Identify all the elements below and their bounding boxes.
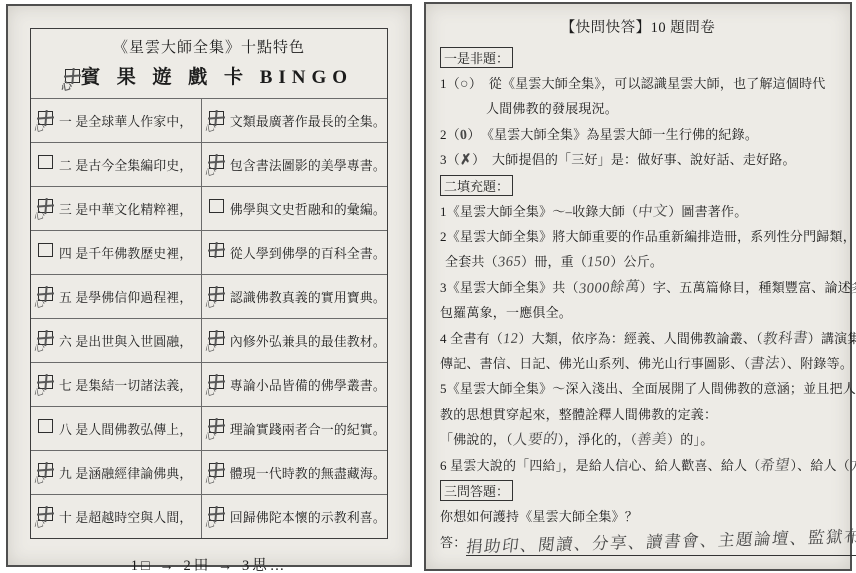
bingo-cell-text: 從人學到佛學的百科全書。 <box>230 243 386 262</box>
bingo-cell: 心五 是學佛信仰過程裡， <box>31 275 202 318</box>
bingo-cell-text: 十 是超越時空與人間， <box>59 507 192 526</box>
printed-text: ） <box>467 127 487 142</box>
answer-label: 答： <box>440 535 466 550</box>
checkbox-mark: 心 <box>209 287 225 300</box>
checkbox-mark: 心 <box>38 243 54 256</box>
printed-text: ），淨化的，（ <box>558 432 637 447</box>
quiz-page: 【快問快答】10 題問卷 一是非題： 1（○） 從《星雲大師全集》，可以認識星雲… <box>424 2 852 571</box>
bingo-cell: 心內修外弘兼具的最佳教材。 <box>202 319 387 362</box>
fill-question-6: 6 星雲大說的「四給」，是給人信心、給人歡喜、給人（希望）、給人（方便）。 <box>440 453 836 478</box>
bingo-cell: 心文類最廣著作最長的全集。 <box>202 99 387 142</box>
bingo-subtitle: 心賓 果 遊 戲 卡 BINGO <box>31 57 387 98</box>
bingo-cell-text: 三 是中華文化精粹裡， <box>59 199 192 218</box>
checkbox-mark: 心 <box>38 375 54 388</box>
handwritten-answer: 方便 <box>849 458 856 474</box>
handwritten-answer: 150 <box>586 255 611 270</box>
heart-handwriting: 心 <box>33 298 45 312</box>
checkbox-mark: 心 <box>209 243 225 256</box>
printed-text: 4 全書有（ <box>440 331 503 346</box>
bingo-row-1: 心一 是全球華人作家中， 心文類最廣著作最長的全集。 <box>31 98 387 142</box>
bingo-cell: 心六 是出世與入世圓融， <box>31 319 202 362</box>
printed-text: 3（ <box>440 152 460 167</box>
checkbox-icon <box>209 243 224 257</box>
handwritten-answer: 書法 <box>749 357 781 373</box>
checkbox-mark: 心 <box>38 287 54 300</box>
section-fill-blank: 二填充題： <box>440 175 513 196</box>
checkbox-icon <box>38 243 53 257</box>
heart-handwriting: 心 <box>33 210 45 224</box>
bingo-row-6: 心六 是出世與入世圓融， 心內修外弘兼具的最佳教材。 <box>31 318 387 362</box>
bingo-header: 《星雲大師全集》十點特色 心賓 果 遊 戲 卡 BINGO <box>31 29 387 98</box>
heart-handwriting: 心 <box>33 342 45 356</box>
printed-text: ） <box>472 152 492 167</box>
handwritten-answer: 3000餘萬 <box>578 280 641 297</box>
bingo-row-3: 心三 是中華文化精粹裡， 心佛學與文史哲融和的彙編。 <box>31 186 387 230</box>
checkbox-mark: 心 <box>38 419 54 432</box>
printed-text: ）、給人（ <box>790 458 850 473</box>
heart-handwriting: 心 <box>204 430 216 444</box>
printed-text: ）講演集、文叢、 <box>808 331 856 346</box>
checkbox-mark: 心 <box>38 111 54 124</box>
heart-handwriting: 心 <box>204 518 216 532</box>
section-true-false: 一是非題： <box>440 47 513 68</box>
bingo-cell: 心八 是人間佛教弘傳上， <box>31 407 202 450</box>
handwritten-answer: 希望 <box>760 458 792 474</box>
printed-text: 3《星雲大師全集》共（ <box>440 280 579 295</box>
fill-question-1: 1《星雲大師全集》～–收錄大師（中文）圖書著作。 <box>440 199 836 224</box>
printed-text: ）字、五萬篇條目，種類豐富、論述多元，可謂 <box>640 280 856 295</box>
bingo-cell: 心回歸佛陀本懷的示教利喜。 <box>202 495 387 538</box>
printed-text: 從《星雲大師全集》，可以認識星雲大師，也了解這個時代 <box>489 76 826 91</box>
bingo-card-page: 《星雲大師全集》十點特色 心賓 果 遊 戲 卡 BINGO 心一 是全球華人作家… <box>6 4 412 567</box>
heart-handwriting: 心 <box>33 474 45 488</box>
heart-handwriting: 心 <box>33 122 45 136</box>
bingo-cell: 心一 是全球華人作家中， <box>31 99 202 142</box>
handwritten-answer-mark: ✗ <box>459 154 472 169</box>
bingo-cell: 心認識佛教真義的實用寶典。 <box>202 275 387 318</box>
printed-text: 5《星雲大師全集》～深入淺出、全面展開了人間佛教的意涵；並且把人間佛 <box>440 381 856 396</box>
handwritten-answer: 善美 <box>636 433 668 449</box>
fill-question-5: 5《星雲大師全集》～深入淺出、全面展開了人間佛教的意涵；並且把人間佛 <box>440 376 836 401</box>
bingo-row-2: 心二 是古今全集編印史， 心包含書法圖影的美學專書。 <box>31 142 387 186</box>
checkbox-mark: 心 <box>209 199 225 212</box>
checkbox-icon <box>38 155 53 169</box>
bingo-cell-text: 理論實踐兩者合一的紀實。 <box>230 419 386 438</box>
fill-question-4-cont: 傳記、書信、日記、佛光山系列、佛光山行事圖影、（書法）、附錄等。 <box>440 351 836 376</box>
quiz-title: 【快問快答】10 題問卷 <box>440 16 836 37</box>
printed-text: ） <box>469 76 489 91</box>
bingo-cell: 心理論實踐兩者合一的紀實。 <box>202 407 387 450</box>
bingo-row-7: 心七 是集結一切諸法義， 心專論小品皆備的佛學叢書。 <box>31 362 387 406</box>
fill-question-3-cont: 包羅萬象，一應俱全。 <box>440 300 836 325</box>
bingo-row-5: 心五 是學佛信仰過程裡， 心認識佛教真義的實用寶典。 <box>31 274 387 318</box>
bingo-cell-text: 二 是古今全集編印史， <box>59 155 192 174</box>
tf-question-1: 1（○） 從《星雲大師全集》，可以認識星雲大師，也了解這個時代 <box>440 71 836 96</box>
handwritten-answer-mark: ○ <box>459 78 469 93</box>
handwritten-answer-mark: 0 <box>459 129 467 143</box>
fill-question-2-cont: 全套共（365）冊，重（150）公斤。 <box>440 249 836 274</box>
checkbox-mark: 心 <box>38 155 54 168</box>
handwritten-long-answer: 捐助印、閱讀、分享、讀書會、主題論壇、監獄布教 <box>466 528 856 555</box>
heart-handwriting: 心 <box>204 166 216 180</box>
bingo-cell-text: 一 是全球華人作家中， <box>59 111 192 130</box>
bingo-cell-text: 佛學與文史哲融和的彙編。 <box>230 199 386 218</box>
bingo-cell-text: 專論小品皆備的佛學叢書。 <box>230 375 386 394</box>
checkbox-mark: 心 <box>209 463 225 476</box>
bingo-row-8: 心八 是人間佛教弘傳上， 心理論實踐兩者合一的紀實。 <box>31 406 387 450</box>
heart-handwriting: 心 <box>204 342 216 356</box>
bingo-cell: 心佛學與文史哲融和的彙編。 <box>202 187 387 230</box>
bingo-cell-text: 八 是人間佛教弘傳上， <box>59 419 192 438</box>
printed-text: 全套共（ <box>445 254 498 269</box>
printed-text: 你想如何護持《星雲大師全集》？ <box>440 509 638 524</box>
heart-handwriting: 心 <box>204 298 216 312</box>
printed-text: 《星雲大師全集》為星雲大師一生行佛的紀錄。 <box>487 127 758 142</box>
printed-text: 2《星雲大師全集》將大師重要的作品重新編排造冊，系列性分門歸類， <box>440 229 856 244</box>
printed-text: 傳記、書信、日記、佛光山系列、佛光山行事圖影、（ <box>440 356 750 371</box>
fill-question-2: 2《星雲大師全集》將大師重要的作品重新編排造冊，系列性分門歸類， <box>440 224 836 249</box>
fill-question-5-cont: 教的思想貫穿起來，整體詮釋人間佛教的定義： <box>440 402 836 427</box>
printed-text: ）大類，依序為：經義、人間佛教論叢、（ <box>518 331 762 346</box>
heart-handwriting: 心 <box>33 518 45 532</box>
bingo-cell-text: 六 是出世與入世圓融， <box>59 331 192 350</box>
handwritten-answer: 人要的 <box>512 432 559 448</box>
bingo-cell-text: 回歸佛陀本懷的示教利喜。 <box>230 507 386 526</box>
bingo-subtitle-text: 賓 果 遊 戲 卡 BINGO <box>81 67 353 88</box>
bingo-cell-text: 認識佛教真義的實用寶典。 <box>230 287 386 306</box>
handdrawn-checkbox-mark: 心 <box>65 69 81 82</box>
bingo-cell-text: 包含書法圖影的美學專書。 <box>230 155 386 174</box>
tf-question-3: 3（✗） 大師提倡的「三好」是：做好事、說好話、走好路。 <box>440 147 836 172</box>
fill-question-3: 3《星雲大師全集》共（3000餘萬）字、五萬篇條目，種類豐富、論述多元，可謂 <box>440 275 836 300</box>
printed-text: 1《星雲大師全集》～–收錄大師（ <box>440 204 638 219</box>
fill-question-4: 4 全書有（12）大類，依序為：經義、人間佛教論叢、（教科書）講演集、文叢、 <box>440 326 836 351</box>
tf-question-2: 2（0） 《星雲大師全集》為星雲大師一生行佛的紀錄。 <box>440 122 836 147</box>
checkbox-mark: 心 <box>209 507 225 520</box>
heart-handwriting: 心 <box>204 122 216 136</box>
answer-line: 答：捐助印、閱讀、分享、讀書會、主題論壇、監獄布教 <box>440 530 836 556</box>
printed-text: ）公斤。 <box>610 254 663 269</box>
bingo-cell: 心四 是千年佛教歷史裡， <box>31 231 202 274</box>
bingo-cell-text: 四 是千年佛教歷史裡， <box>59 243 192 262</box>
answer-underline: 捐助印、閱讀、分享、讀書會、主題論壇、監獄布教 <box>466 530 856 556</box>
bingo-cell-text: 九 是涵融經律論佛典， <box>59 463 192 482</box>
fill-question-5-quote: 「佛說的，（人要的），淨化的，（善美）的」。 <box>440 427 836 452</box>
bingo-cell: 心從人學到佛學的百科全書。 <box>202 231 387 274</box>
handwritten-answer: 12 <box>502 331 519 346</box>
bingo-title: 《星雲大師全集》十點特色 <box>31 36 387 57</box>
checkbox-icon <box>38 419 53 433</box>
printed-text: 人間佛教的發展現況。 <box>486 101 618 116</box>
bingo-cell: 心包含書法圖影的美學專書。 <box>202 143 387 186</box>
checkbox-mark: 心 <box>209 375 225 388</box>
checkbox-mark: 心 <box>38 463 54 476</box>
printed-text: ）的」。 <box>667 432 713 447</box>
bingo-cell: 心九 是涵融經律論佛典， <box>31 451 202 494</box>
checkbox-mark: 心 <box>209 331 225 344</box>
checkbox-mark: 心 <box>38 507 54 520</box>
checkbox-mark: 心 <box>209 111 225 124</box>
printed-text: 「佛說的，（ <box>440 432 513 447</box>
bingo-cell-text: 七 是集結一切諸法義， <box>59 375 192 394</box>
bingo-row-9: 心九 是涵融經律論佛典， 心體現一代時教的無盡藏海。 <box>31 450 387 494</box>
checkbox-mark: 心 <box>209 419 225 432</box>
bingo-cell: 心二 是古今全集編印史， <box>31 143 202 186</box>
section-open-question: 三問答題： <box>440 480 513 501</box>
bingo-cell: 心七 是集結一切諸法義， <box>31 363 202 406</box>
bingo-cell-text: 體現一代時教的無盡藏海。 <box>230 463 386 482</box>
printed-text: ）、附錄等。 <box>780 356 853 371</box>
checkbox-mark: 心 <box>38 331 54 344</box>
checkbox-mark: 心 <box>209 155 225 168</box>
bingo-cell: 心體現一代時教的無盡藏海。 <box>202 451 387 494</box>
bingo-row-4: 心四 是千年佛教歷史裡， 心從人學到佛學的百科全書。 <box>31 230 387 274</box>
bingo-cell-text: 文類最廣著作最長的全集。 <box>230 111 386 130</box>
bingo-legend: 1□ → 2田 → 3思… <box>8 554 410 573</box>
heart-handwriting: 心 <box>204 386 216 400</box>
checkbox-icon <box>209 199 224 213</box>
printed-text: 6 星雲大說的「四給」，是給人信心、給人歡喜、給人（ <box>440 458 760 473</box>
bingo-cell-text: 五 是學佛信仰過程裡， <box>59 287 192 306</box>
handwritten-answer: 365 <box>497 255 522 270</box>
printed-text: 教的思想貫穿起來，整體詮釋人間佛教的定義： <box>440 407 717 422</box>
printed-text: 2（ <box>440 127 460 142</box>
handwritten-answer: 教科書 <box>762 331 809 347</box>
bingo-cell: 心十 是超越時空與人間， <box>31 495 202 538</box>
printed-text: 包羅萬象，一應俱全。 <box>440 305 572 320</box>
heart-handwriting: 心 <box>204 474 216 488</box>
printed-text: ）圖書著作。 <box>668 204 747 219</box>
printed-text: 1（ <box>440 76 460 91</box>
heart-handwriting: 心 <box>33 386 45 400</box>
heart-handwriting: 心 <box>60 79 78 95</box>
bingo-cell: 心三 是中華文化精粹裡， <box>31 187 202 230</box>
open-question: 你想如何護持《星雲大師全集》？ <box>440 504 836 529</box>
bingo-cell-text: 內修外弘兼具的最佳教材。 <box>230 331 386 350</box>
bingo-table: 《星雲大師全集》十點特色 心賓 果 遊 戲 卡 BINGO 心一 是全球華人作家… <box>30 28 388 539</box>
printed-text: ）冊，重（ <box>521 254 587 269</box>
bingo-row-10: 心十 是超越時空與人間， 心回歸佛陀本懷的示教利喜。 <box>31 494 387 538</box>
bingo-cell: 心專論小品皆備的佛學叢書。 <box>202 363 387 406</box>
checkbox-mark: 心 <box>38 199 54 212</box>
tf-question-1-cont: 人間佛教的發展現況。 <box>440 96 836 121</box>
printed-text: 大師提倡的「三好」是：做好事、說好話、走好路。 <box>492 152 796 167</box>
handwritten-answer: 中文 <box>637 204 669 220</box>
